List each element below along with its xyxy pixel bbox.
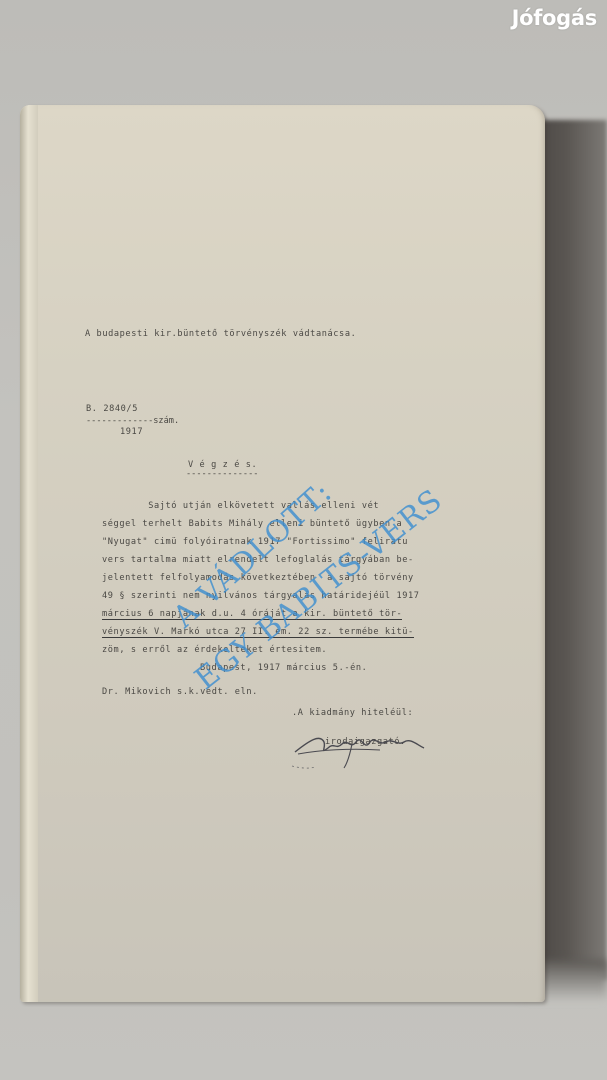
body-line-1: Sajtó utján elkövetett vallás elleni vét [102, 501, 379, 511]
jofogas-watermark-logo: Jófogás [512, 6, 597, 30]
certification: .A kiadmány hiteléül: [292, 708, 413, 718]
typewritten-document: A budapesti kir.büntető törvényszék vádt… [20, 105, 545, 1002]
court-header: A budapesti kir.büntető törvényszék vádt… [85, 329, 356, 339]
signer: Dr. Mikovich s.k.védt. eln. [102, 687, 258, 697]
case-number-dashes: -------------szám. [86, 416, 179, 426]
document-title-underline: -------------- [186, 469, 258, 479]
handwritten-signature [290, 720, 430, 770]
book-shadow [540, 120, 607, 980]
case-number: B. 2840/5 [86, 404, 138, 414]
body-line-5: jelentett felfolyamodás következtében a … [102, 573, 414, 583]
case-year: 1917 [120, 427, 143, 437]
body-line-6: 49 § szerinti nem nyilvános tárgyalás ha… [102, 591, 420, 601]
book-cover: A budapesti kir.büntető törvényszék vádt… [20, 105, 545, 1002]
body-line-2: séggel terhelt Babits Mihály elleni bünt… [102, 519, 402, 529]
